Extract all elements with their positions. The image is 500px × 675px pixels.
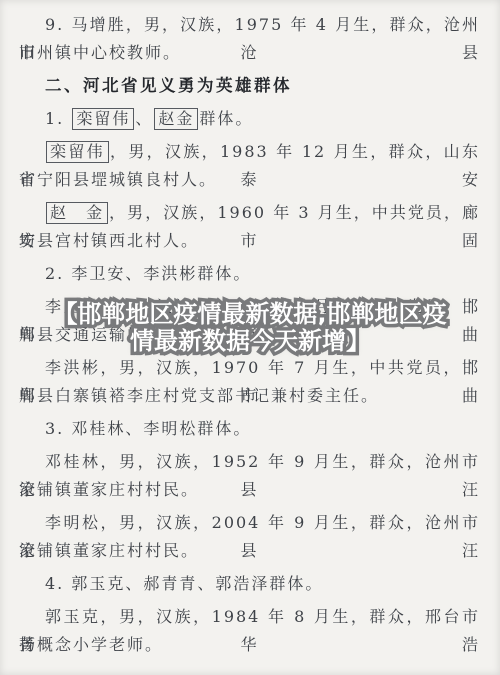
boxed-name: 栾留伟 bbox=[46, 141, 109, 163]
doc-line-9: 2. 李卫安、李洪彬群体。 bbox=[19, 260, 480, 288]
doc-text-segment: 1. bbox=[45, 109, 71, 128]
doc-line-17: 李明松，男，汉族，2004 年 9 月生，群众，沧州市沧县汪 bbox=[19, 509, 480, 537]
doc-text-segment: 扬概念小学老师。 bbox=[19, 635, 163, 654]
doc-text-segment: 市宁阳县堽城镇良村人。 bbox=[19, 170, 217, 189]
doc-text-segment: 4. 郭玉克、郝青青、郭浩泽群体。 bbox=[45, 574, 323, 593]
doc-text-segment: 家铺镇董家庄村村民。 bbox=[19, 480, 199, 499]
doc-text-segment: 旧州镇中心校教师。 bbox=[19, 43, 181, 62]
doc-text-segment: 、 bbox=[135, 109, 153, 128]
doc-line-12: 李洪彬，男，汉族，1970 年 7 月生，中共党员，邯郸市曲 bbox=[19, 354, 480, 382]
boxed-name: 赵金 bbox=[154, 108, 198, 130]
doc-line-20: 郭玉克，男，汉族，1984 年 8 月生，群众，邢台市菁华浩 bbox=[19, 603, 480, 631]
scanned-document-page: { "page": { "background": "#f3f2ef", "te… bbox=[0, 0, 500, 675]
doc-line-14: 3. 邓桂林、李明松群体。 bbox=[19, 415, 480, 443]
doc-line-7: 赵 金，男，汉族，1960 年 3 月生，中共党员，廊坊市固 bbox=[19, 199, 480, 227]
doc-text-segment: 周县白寨镇褡李庄村党支部书记兼村委主任。 bbox=[19, 386, 379, 405]
doc-line-19: 4. 郭玉克、郝青青、郭浩泽群体。 bbox=[19, 570, 480, 598]
boxed-name: 赵 金 bbox=[46, 202, 108, 224]
doc-line-1: 9. 马增胜，男，汉族，1975 年 4 月生，群众，沧州市沧县 bbox=[19, 11, 480, 39]
document-lines: 9. 马增胜，男，汉族，1975 年 4 月生，群众，沧州市沧县旧州镇中心校教师… bbox=[19, 6, 480, 659]
doc-text-segment: 群体。 bbox=[199, 109, 253, 128]
doc-text-segment: 二、河北省见义勇为英雄群体 bbox=[45, 76, 292, 95]
doc-line-15: 邓桂林，男，汉族，1952 年 9 月生，群众，沧州市沧县汪 bbox=[19, 448, 480, 476]
doc-text-segment: 周县交通运输局 bbox=[19, 325, 145, 344]
doc-text-segment: 家铺镇董家庄村村民。 bbox=[19, 541, 199, 560]
doc-line-5: 栾留伟，男，汉族，1983 年 12 月生，群众，山东省泰安 bbox=[19, 138, 480, 166]
doc-line-4: 1. 栾留伟、赵金群体。 bbox=[19, 105, 480, 133]
doc-text-segment: 2. 李卫安、李洪彬群体。 bbox=[45, 264, 251, 283]
doc-text-segment: 安县宫村镇西北村人。 bbox=[19, 231, 199, 250]
doc-line-3: 二、河北省见义勇为英雄群体 bbox=[19, 72, 480, 100]
doc-line-10: 李卫安，男，汉族，1968 年 8 月生，中共党员，邯郸市曲 bbox=[19, 293, 480, 321]
boxed-name: 栾留伟 bbox=[72, 108, 134, 130]
doc-text-segment: 3. 邓桂林、李明松群体。 bbox=[45, 419, 251, 438]
